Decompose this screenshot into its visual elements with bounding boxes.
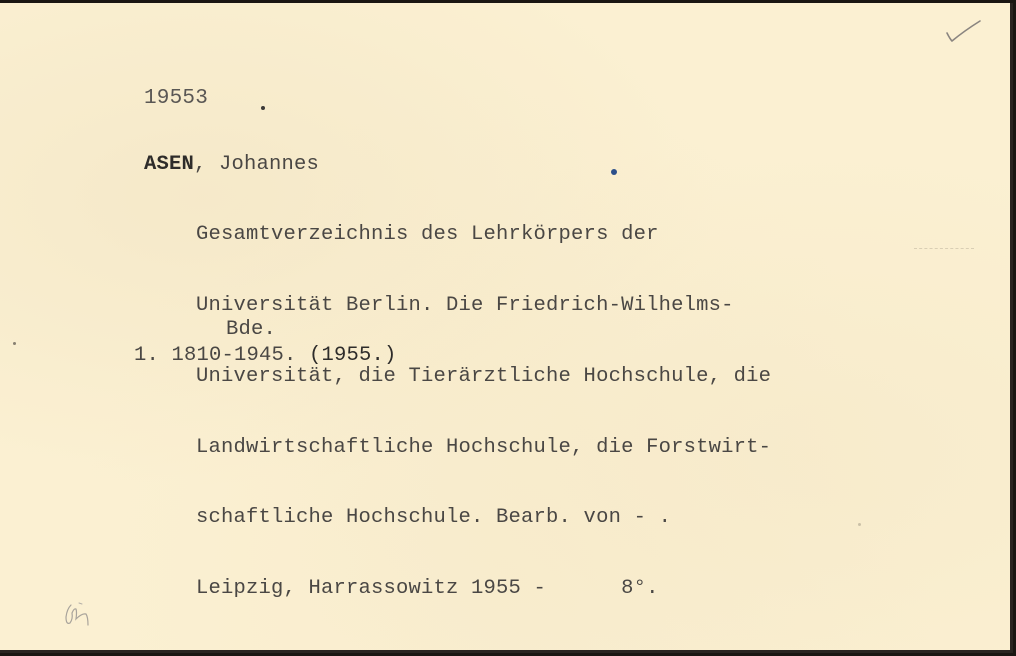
volume-entry: 1. 1810-1945. (1955.) bbox=[134, 344, 397, 368]
stray-speck bbox=[13, 342, 16, 345]
title-line: Landwirtschaftliche Hochschule, die Fors… bbox=[196, 436, 771, 460]
author-surname: ASEN bbox=[144, 153, 194, 176]
imprint-line: Leipzig, Harrassowitz 1955 - 8°. bbox=[196, 577, 771, 601]
volumes-label: Bde. bbox=[226, 318, 276, 342]
title-line: Universität Berlin. Die Friedrich-Wilhel… bbox=[196, 294, 771, 318]
imprint-place-publisher-year: Leipzig, Harrassowitz 1955 - bbox=[196, 577, 546, 600]
volume-year: (1955.) bbox=[309, 344, 397, 367]
title-line: Universität, die Tierärztliche Hochschul… bbox=[196, 365, 771, 389]
imprint-format: 8°. bbox=[621, 577, 659, 600]
stray-speck bbox=[858, 523, 861, 526]
faint-pencil-line bbox=[914, 248, 974, 249]
title-block: Gesamtverzeichnis des Lehrkörpers der Un… bbox=[196, 176, 771, 648]
author-given-name: Johannes bbox=[219, 153, 319, 176]
typed-period-mark bbox=[261, 106, 265, 110]
blue-ink-correction-mark bbox=[611, 169, 617, 175]
handwritten-initials-icon bbox=[62, 599, 94, 629]
title-line: Gesamtverzeichnis des Lehrkörpers der bbox=[196, 223, 771, 247]
volume-range: 1. 1810-1945. bbox=[134, 344, 297, 367]
check-mark-icon bbox=[944, 19, 984, 45]
author-heading: ASEN, Johannes bbox=[144, 153, 319, 177]
call-number: 19553 bbox=[144, 87, 208, 111]
catalog-card: 19553 ASEN, Johannes Gesamtverzeichnis d… bbox=[0, 3, 1013, 653]
title-line: schaftliche Hochschule. Bearb. von - . bbox=[196, 506, 771, 530]
author-separator: , bbox=[194, 153, 219, 176]
